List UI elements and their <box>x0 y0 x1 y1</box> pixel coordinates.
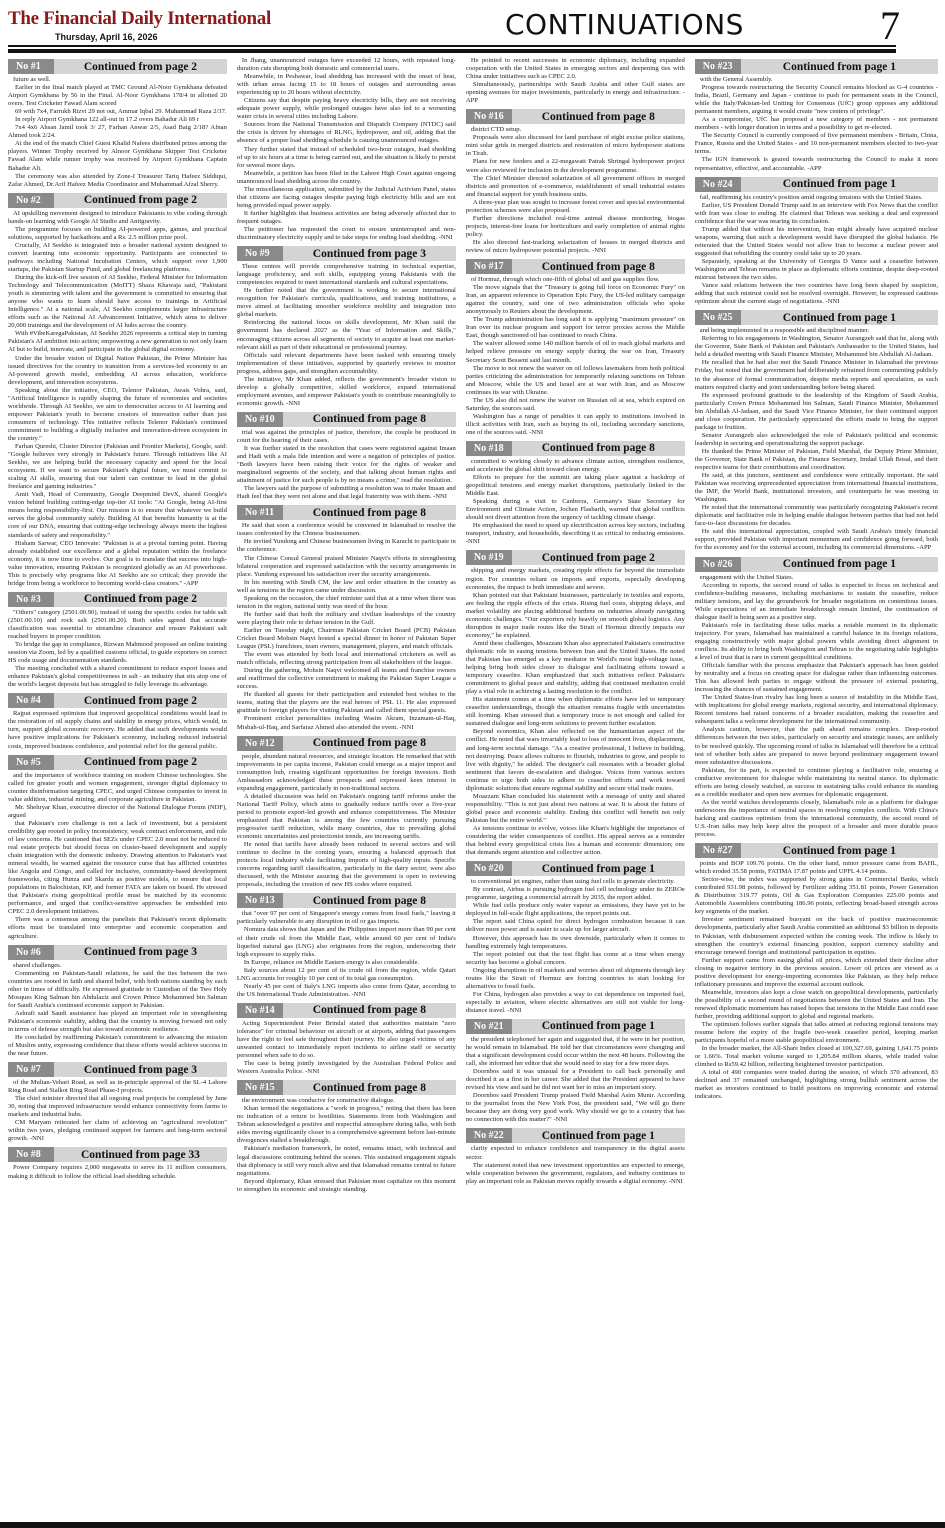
paragraph: To bridge the gap in compliance, Rizwan … <box>8 641 227 665</box>
paragraph: These centres will provide comprehensive… <box>237 263 456 287</box>
continued-from-label: Continued from page 1 <box>512 1130 685 1142</box>
continuation-number-badge: No #20 <box>466 861 512 876</box>
article: No #21Continued from page 1the president… <box>466 1019 685 1125</box>
article-body: In Jhang, unannounced outages have excee… <box>237 57 456 242</box>
article-body: trial was against the principles of just… <box>237 429 456 501</box>
paragraph: Khan pointed out that Pakistani business… <box>466 592 685 640</box>
article: No #7Continued from page 3of the Multan-… <box>8 1062 227 1143</box>
paragraph: Prominent cricket personalities includin… <box>237 715 456 731</box>
paragraph: Crucially, AI Seekho is integrated into … <box>8 242 227 274</box>
article-body: fail, reaffirming his country's position… <box>695 194 938 307</box>
continued-from-label: Continued from page 1 <box>512 1020 685 1032</box>
article: No #5Continued from page 2and the import… <box>8 755 227 941</box>
paragraph: Earlier in the final match played at TMC… <box>8 84 227 108</box>
continuation-number-badge: No #13 <box>237 893 283 908</box>
paragraph: Meanwhile, investors also kept a close w… <box>695 989 938 1021</box>
paragraph: In his meeting with Sindh CM, the law an… <box>237 579 456 595</box>
paragraph: Senator Aurangzeb also acknowledged the … <box>695 432 938 448</box>
header-rule-thin <box>8 45 896 47</box>
article: No #17Continued from page 8of Hormuz, th… <box>466 259 685 437</box>
continuation-number-badge: No #24 <box>695 177 741 192</box>
paragraph: It was further stated in the resolution … <box>237 445 456 485</box>
continuation-number-badge: No #16 <box>466 109 512 124</box>
paragraph: The ceremony was also attended by Zone-I… <box>8 173 227 189</box>
paragraph: The US also did not renew the waiver on … <box>466 397 685 413</box>
continuation-number-badge: No #15 <box>237 1080 283 1095</box>
article: No #18Continued from page 8committed to … <box>466 441 685 547</box>
paragraph: Speaking about the initiative, CEO, Tele… <box>8 387 227 443</box>
continued-from-label: Continued from page 1 <box>741 178 938 190</box>
article: No #1Continued from page 2future as well… <box>8 59 227 189</box>
column-4: No #23Continued from page 1with the Gene… <box>695 57 938 1519</box>
paragraph: Trump added that without his interventio… <box>695 226 938 258</box>
paragraph: In Europe, reliance on Middle Eastern en… <box>237 959 456 967</box>
paragraph: He thanked the Prime Minister of Pakista… <box>695 448 938 472</box>
paragraph: trial was against the principles of just… <box>237 429 456 445</box>
newspaper-brand: The Financial Daily International <box>8 8 271 30</box>
continuation-header: No #4Continued from page 2 <box>8 693 227 708</box>
article: No #26Continued from page 1engagement wi… <box>695 557 938 840</box>
paragraph: Doornbos said President Trump praised Fi… <box>466 1092 685 1124</box>
paragraph: The Chief Minister directed solarization… <box>466 175 685 199</box>
continuation-header: No #1Continued from page 2 <box>8 59 227 74</box>
paragraph: Meanwhile, in Peshawar, load shedding ha… <box>237 73 456 97</box>
continued-from-label: Continued from page 8 <box>283 737 456 749</box>
paragraph: Simultaneously, partnerships with Saudi … <box>466 81 685 105</box>
article: No #4Continued from page 2Rajput express… <box>8 693 227 750</box>
paragraph: Pakistan's mediation framework, he noted… <box>237 1145 456 1177</box>
paragraph: He said that soon a conference would be … <box>237 522 456 538</box>
continuation-header: No #5Continued from page 2 <box>8 755 227 770</box>
continuation-number-badge: No #4 <box>8 693 54 708</box>
paragraph: and the importance of workforce training… <box>8 772 227 804</box>
continuation-number-badge: No #10 <box>237 412 283 427</box>
continuation-header: No #20Continued from page 1 <box>466 861 685 876</box>
continuation-number-badge: No #22 <box>466 1128 512 1143</box>
paragraph: The lawyers said the purpose of submitti… <box>237 485 456 501</box>
paragraph: Under the broader vision of Digital Nati… <box>8 355 227 387</box>
article-body: people, abundant natural resources, and … <box>237 753 456 890</box>
continuation-header: No #7Continued from page 3 <box>8 1062 227 1077</box>
paragraph: Vance said relations between the two cou… <box>695 282 938 306</box>
paragraph: There was a consensus among the panelist… <box>8 916 227 940</box>
continuation-header: No #24Continued from page 1 <box>695 177 938 192</box>
article-body: engagement with the United States.Accord… <box>695 574 938 840</box>
article-body: shared challenges.Commenting on Pakistan… <box>8 962 227 1059</box>
article-body: of the Multan-Vehari Road, as well as in… <box>8 1079 227 1143</box>
continuation-header: No #14Continued from page 8 <box>237 1003 456 1018</box>
paragraph: While fuel cells produce only water vapo… <box>466 902 685 918</box>
paragraph: He pointed to recent successes in econom… <box>466 57 685 81</box>
article: No #20Continued from page 1to convention… <box>466 861 685 1015</box>
paragraph: The Chinese Consul General praised Minis… <box>237 555 456 579</box>
paragraph: His statement comes at a time when diplo… <box>466 696 685 728</box>
paragraph: A total of 490 companies were traded dur… <box>695 1069 938 1101</box>
paragraph: AI upskilling movement designed to intro… <box>8 210 227 226</box>
continuation-header: No #16Continued from page 8 <box>466 109 685 124</box>
paragraph: Italy sources about 12 per cent of its c… <box>237 967 456 983</box>
article-body: "Others" category (2501.00.90), instead … <box>8 609 227 689</box>
paragraph: "Others" category (2501.00.90), instead … <box>8 609 227 641</box>
column-3: He pointed to recent successes in econom… <box>466 57 685 1519</box>
paragraph: The United States-Iran rivalry has long … <box>695 694 938 726</box>
paragraph: He said this international appreciation,… <box>695 528 938 552</box>
paragraph: future as well. <box>8 76 227 84</box>
continued-from-label: Continued from page 2 <box>512 552 685 564</box>
article: No #23Continued from page 1with the Gene… <box>695 59 938 173</box>
article: No #2Continued from page 2AI upskilling … <box>8 193 227 588</box>
paragraph: that Pakistan's core challenge is not a … <box>8 820 227 917</box>
paragraph: to conventional jet engines, rather than… <box>466 878 685 886</box>
footer-rule <box>0 1522 945 1528</box>
article-body: that "over 97 per cent of Singapore's en… <box>237 910 456 999</box>
article-body: and the importance of workforce training… <box>8 772 227 941</box>
continued-from-label: Continued from page 2 <box>54 194 227 206</box>
paragraph: As a compromise, UfC has proposed a new … <box>695 116 938 132</box>
paragraph: Investor sentiment remained buoyant on t… <box>695 916 938 956</box>
paragraph: with the General Assembly. <box>695 76 938 84</box>
paragraph: It further highlights that business acti… <box>237 210 456 226</box>
paragraph: He noted that the international communit… <box>695 504 938 528</box>
article: No #27Continued from page 1points and BO… <box>695 843 938 1101</box>
article: No #16Continued from page 8district CTD … <box>466 109 685 255</box>
continuation-header: No #11Continued from page 8 <box>237 505 456 520</box>
paragraph: The meeting concluded with a shared comm… <box>8 665 227 689</box>
paragraph: Sector-wise, the index was supported by … <box>695 876 938 916</box>
paragraph: district CTD setup. <box>466 126 685 134</box>
continued-from-label: Continued from page 3 <box>54 1064 227 1076</box>
paragraph: They further stated that instead of sche… <box>237 146 456 170</box>
article-body: He pointed to recent successes in econom… <box>466 57 685 105</box>
article: No #12Continued from page 8people, abund… <box>237 736 456 890</box>
issue-date: Thursday, April 16, 2026 <box>55 32 158 42</box>
paragraph: Acting Superintendent Peter Brindal stat… <box>237 1020 456 1060</box>
paragraph: He thanked all guests for their particip… <box>237 691 456 715</box>
paragraph: Further support came from easing global … <box>695 957 938 989</box>
header-rule-thick <box>8 49 896 53</box>
continued-from-label: Continued from page 8 <box>283 895 456 907</box>
article: No #9Continued from page 3These centres … <box>237 246 456 408</box>
continuation-number-badge: No #14 <box>237 1003 283 1018</box>
paragraph: Plans for new feeders and a 22-megawatt … <box>466 158 685 174</box>
paragraph: Beyond diplomacy, Khan stressed that Pak… <box>237 1178 456 1194</box>
paragraph: The petitioner has requested the court t… <box>237 226 456 242</box>
page-number: 7 <box>880 2 900 49</box>
continued-from-label: Continued from page 2 <box>54 695 227 707</box>
continuation-number-badge: No #17 <box>466 259 512 274</box>
article: No #19Continued from page 2shipping and … <box>466 550 685 857</box>
article-columns: No #1Continued from page 2future as well… <box>8 57 938 1519</box>
paragraph: Speaking during a visit to Canberra, Ger… <box>466 498 685 522</box>
paragraph: The report pointed out that the test fli… <box>466 951 685 967</box>
paragraph: The initiative, Mr Khan added, reflects … <box>237 376 456 408</box>
continuation-number-badge: No #21 <box>466 1019 512 1034</box>
continued-from-label: Continued from page 1 <box>512 863 685 875</box>
paragraph: Nomura data shows that Japan and the Phi… <box>237 926 456 958</box>
paragraph: and being implemented in a responsible a… <box>695 327 938 335</box>
paragraph: Officials familiar with the process emph… <box>695 662 938 694</box>
paragraph: At the end of the match Chief Guest Khal… <box>8 140 227 172</box>
paragraph: Referring to his engagements in Washingt… <box>695 335 938 359</box>
article: No #13Continued from page 8that "over 97… <box>237 893 456 999</box>
paragraph: people, abundant natural resources, and … <box>237 753 456 793</box>
continued-from-label: Continued from page 1 <box>741 845 938 857</box>
paragraph: The programme focuses on building AI-pow… <box>8 226 227 242</box>
paragraph: of Hormuz, through which one-fifth of gl… <box>466 276 685 284</box>
continuation-header: No #17Continued from page 8 <box>466 259 685 274</box>
continued-from-label: Continued from page 8 <box>283 413 456 425</box>
article: No #3Continued from page 2"Others" categ… <box>8 592 227 689</box>
paragraph: The statement noted that new investment … <box>466 1162 685 1186</box>
continuation-header: No #6Continued from page 3 <box>8 945 227 960</box>
paragraph: Doornbos said it was unusual for a Presi… <box>466 1068 685 1092</box>
paragraph: clarity expected to enhance confidence a… <box>466 1145 685 1161</box>
paragraph: According to reports, the second round o… <box>695 582 938 622</box>
continued-from-label: Continued from page 1 <box>741 61 938 73</box>
continued-from-label: Continued from page 8 <box>283 507 456 519</box>
article-body: These centres will provide comprehensive… <box>237 263 456 408</box>
paragraph: The Security Council is currently compos… <box>695 132 938 156</box>
paragraph: Pakistan's role in facilitating these ta… <box>695 622 938 662</box>
article: He pointed to recent successes in econom… <box>466 57 685 105</box>
continued-from-label: Continued from page 2 <box>54 756 227 768</box>
continuation-number-badge: No #7 <box>8 1062 54 1077</box>
paragraph: The IGN framework is geared towards rest… <box>695 156 938 172</box>
paragraph: The event was attended by both local and… <box>237 651 456 667</box>
paragraph: Reinforcing the national focus on skills… <box>237 319 456 351</box>
paragraph: In Jhang, unannounced outages have excee… <box>237 57 456 73</box>
paragraph: A detailed discussion was held on Pakist… <box>237 793 456 841</box>
continuation-number-badge: No #25 <box>695 310 741 325</box>
paragraph: shipping and energy markets, creating ri… <box>466 567 685 591</box>
continued-from-label: Continued from page 2 <box>54 593 227 605</box>
paragraph: Commenting on Pakistan-Saudi relations, … <box>8 970 227 1010</box>
continuation-number-badge: No #27 <box>695 843 741 858</box>
section-title: CONTINUATIONS <box>505 8 744 41</box>
paragraph: The miscellaneous application, submitted… <box>237 186 456 210</box>
paragraph: With #VibeKaregaPakistan, AI Seekho 2026… <box>8 330 227 354</box>
continuation-header: No #22Continued from page 1 <box>466 1128 685 1143</box>
paragraph: fail, reaffirming his country's position… <box>695 194 938 202</box>
paragraph: Proposals were also discussed for land p… <box>466 134 685 158</box>
paragraph: By contrast, Airbus is pursuing hydrogen… <box>466 886 685 902</box>
article: No #8Continued from page 33Power Company… <box>8 1147 227 1180</box>
article: No #14Continued from page 8Acting Superi… <box>237 1003 456 1076</box>
article-body: the environment was conducive for constr… <box>237 1097 456 1194</box>
article: No #25Continued from page 1and being imp… <box>695 310 938 552</box>
paragraph: Hisham Sarwar, CEO Innovate: "Pakistan i… <box>8 540 227 588</box>
paragraph: Ashrafi said Saudi assistance has played… <box>8 1010 227 1034</box>
paragraph: During the gathering, Mohsin Naqvi welco… <box>237 667 456 691</box>
paragraph: 69 with 7x4, Farrukh Rizvi 29 not out, A… <box>8 108 227 116</box>
continued-from-label: Continued from page 3 <box>283 248 456 260</box>
article: No #10Continued from page 8trial was aga… <box>237 412 456 501</box>
continuation-header: No #18Continued from page 8 <box>466 441 685 456</box>
article-body: to conventional jet engines, rather than… <box>466 878 685 1015</box>
paragraph: The waiver allowed some 140 million barr… <box>466 340 685 364</box>
continuation-header: No #21Continued from page 1 <box>466 1019 685 1034</box>
paragraph: A three-year plan was sought to increase… <box>466 199 685 215</box>
article-body: points and BOP 109.76 points. On the oth… <box>695 860 938 1101</box>
continued-from-label: Continued from page 8 <box>283 1082 456 1094</box>
paragraph: shared challenges. <box>8 962 227 970</box>
continued-from-label: Continued from page 1 <box>741 312 938 324</box>
continuation-header: No #27Continued from page 1 <box>695 843 938 858</box>
paragraph: committed to working closely to advance … <box>466 458 685 474</box>
paragraph: Power Company requires 2,000 megawatts t… <box>8 1164 227 1180</box>
article-body: Acting Superintendent Peter Brindal stat… <box>237 1020 456 1076</box>
continued-from-label: Continued from page 8 <box>512 261 685 273</box>
continuation-number-badge: No #2 <box>8 193 54 208</box>
continuation-header: No #26Continued from page 1 <box>695 557 938 572</box>
paragraph: For China, hydrogen also provides a way … <box>466 991 685 1015</box>
article: No #11Continued from page 8He said that … <box>237 505 456 731</box>
column-2: In Jhang, unannounced outages have excee… <box>237 57 456 1519</box>
paragraph: 7x4 4x6 Ahsan Jamil took 3/ 27, Farhan A… <box>8 124 227 140</box>
article-body: and being implemented in a responsible a… <box>695 327 938 552</box>
paragraph: He concluded by reaffirming Pakistan's c… <box>8 1034 227 1058</box>
paragraph: The case is being jointly investigated b… <box>237 1060 456 1076</box>
continued-from-label: Continued from page 2 <box>54 61 227 73</box>
paragraph: Ongoing disruptions in oil markets and w… <box>466 967 685 991</box>
continuation-number-badge: No #23 <box>695 59 741 74</box>
paragraph: The report said China opted for direct h… <box>466 918 685 934</box>
column-1: No #1Continued from page 2future as well… <box>8 57 227 1519</box>
article: No #6Continued from page 3shared challen… <box>8 945 227 1059</box>
paragraph: The move to not renew the waiver on oil … <box>466 365 685 397</box>
continuation-number-badge: No #19 <box>466 550 512 565</box>
paragraph: The Trump administration has long said i… <box>466 316 685 340</box>
paragraph: The chief minister directed that all ong… <box>8 1095 227 1119</box>
continuation-number-badge: No #3 <box>8 592 54 607</box>
paragraph: In the broader market, the All-Share Ind… <box>695 1045 938 1069</box>
paragraph: Efforts to prepare for the summit are ta… <box>466 474 685 498</box>
continued-from-label: Continued from page 8 <box>512 111 685 123</box>
continued-from-label: Continued from page 8 <box>283 1004 456 1016</box>
paragraph: During the kick-off live session of AI S… <box>8 274 227 330</box>
continuation-header: No #8Continued from page 33 <box>8 1147 227 1162</box>
continuation-number-badge: No #11 <box>237 505 283 520</box>
paragraph: Washington has a range of penalties it c… <box>466 413 685 437</box>
continuation-header: No #13Continued from page 8 <box>237 893 456 908</box>
paragraph: Farhan Qureshi, Cluster Director (Pakist… <box>8 443 227 491</box>
continuation-number-badge: No #6 <box>8 945 54 960</box>
paragraph: Further directions included real-time an… <box>466 215 685 239</box>
paragraph: Sources from the National Transmission a… <box>237 121 456 145</box>
paragraph: Separately, speaking at the University o… <box>695 258 938 282</box>
article-body: committed to working closely to advance … <box>466 458 685 547</box>
continuation-header: No #12Continued from page 8 <box>237 736 456 751</box>
article-body: clarity expected to enhance confidence a… <box>466 1145 685 1185</box>
paragraph: He further said that both the military a… <box>237 611 456 627</box>
article-body: of Hormuz, through which one-fifth of gl… <box>466 276 685 437</box>
paragraph: Citizens say that despite paying heavy e… <box>237 97 456 121</box>
paragraph: In reply Airport Gymkhana 122 all-out in… <box>8 116 227 124</box>
continued-from-label: Continued from page 8 <box>512 442 685 454</box>
paragraph: As tensions continue to evolve, voices l… <box>466 825 685 857</box>
paragraph: Meanwhile, a petition has been filed in … <box>237 170 456 186</box>
paragraph: that "over 97 per cent of Singapore's en… <box>237 910 456 926</box>
article-body: AI upskilling movement designed to intro… <box>8 210 227 588</box>
paragraph: Beyond economics, Khan also reflected on… <box>466 728 685 792</box>
paragraph: He invited Yundong and Chinese businessm… <box>237 538 456 554</box>
paragraph: Rajput expressed optimism that improved … <box>8 710 227 750</box>
article: No #15Continued from page 8the environme… <box>237 1080 456 1194</box>
paragraph: Nearly 45 per cent of Italy's LNG import… <box>237 983 456 999</box>
paragraph: As the world watches developments closel… <box>695 799 938 839</box>
continuation-header: No #10Continued from page 8 <box>237 412 456 427</box>
paragraph: However, this approach has its own downs… <box>466 935 685 951</box>
paragraph: He expressed profound gratitude to the l… <box>695 392 938 432</box>
paragraph: Earlier, US President Donald Trump said … <box>695 202 938 226</box>
paragraph: Amid these challenges, Moazzam Khan also… <box>466 640 685 696</box>
paragraph: engagement with the United States. <box>695 574 938 582</box>
article-body: He said that soon a conference would be … <box>237 522 456 731</box>
paragraph: The optimism follows earlier signals tha… <box>695 1021 938 1045</box>
continued-from-label: Continued from page 33 <box>54 1149 227 1161</box>
paragraph: Mr. Shehryar Khan, executive director of… <box>8 804 227 820</box>
article-body: future as well.Earlier in the final matc… <box>8 76 227 189</box>
continuation-number-badge: No #18 <box>466 441 512 456</box>
paragraph: the environment was conducive for constr… <box>237 1097 456 1105</box>
continuation-number-badge: No #1 <box>8 59 54 74</box>
paragraph: He further noted that the government is … <box>237 287 456 319</box>
continuation-header: No #2Continued from page 2 <box>8 193 227 208</box>
continuation-number-badge: No #8 <box>8 1147 54 1162</box>
article-body: Power Company requires 2,000 megawatts t… <box>8 1164 227 1180</box>
paragraph: points and BOP 109.76 points. On the oth… <box>695 860 938 876</box>
masthead: The Financial Daily International Thursd… <box>0 0 945 46</box>
paragraph: Analysts caution, however, that the path… <box>695 726 938 766</box>
paragraph: He said, at this juncture, sentiment and… <box>695 472 938 504</box>
article: No #24Continued from page 1fail, reaffir… <box>695 177 938 307</box>
continued-from-label: Continued from page 3 <box>54 946 227 958</box>
continuation-header: No #9Continued from page 3 <box>237 246 456 261</box>
paragraph: Officials said relevant departments have… <box>237 352 456 376</box>
paragraph: He also directed fast-tracking solarizat… <box>466 239 685 255</box>
paragraph: Pakistan, for its part, is expected to c… <box>695 767 938 799</box>
article-body: shipping and energy markets, creating ri… <box>466 567 685 857</box>
article: No #22Continued from page 1clarity expec… <box>466 1128 685 1185</box>
paragraph: of the Multan-Vehari Road, as well as in… <box>8 1079 227 1095</box>
continuation-header: No #3Continued from page 2 <box>8 592 227 607</box>
continued-from-label: Continued from page 1 <box>741 558 938 570</box>
paragraph: CM Maryam reiterated her claim of achiev… <box>8 1119 227 1143</box>
paragraph: Progress towards restructuring the Secur… <box>695 84 938 116</box>
paragraph: Earlier on Tuesday night, Chairman Pakis… <box>237 627 456 651</box>
paragraph: Amit Vadi, Head of Community, Google Dee… <box>8 491 227 539</box>
article: In Jhang, unannounced outages have excee… <box>237 57 456 242</box>
article-body: with the General Assembly.Progress towar… <box>695 76 938 173</box>
article-body: the president telephoned her again and s… <box>466 1036 685 1125</box>
paragraph: He noted that tariffs have already been … <box>237 841 456 889</box>
continuation-header: No #25Continued from page 1 <box>695 310 938 325</box>
continuation-number-badge: No #12 <box>237 736 283 751</box>
article-body: district CTD setup.Proposals were also d… <box>466 126 685 255</box>
paragraph: Moazzam Khan concluded his statement wit… <box>466 793 685 825</box>
continuation-header: No #19Continued from page 2 <box>466 550 685 565</box>
continuation-number-badge: No #26 <box>695 557 741 572</box>
paragraph: He recalled that he had also met the Sau… <box>695 359 938 391</box>
paragraph: the president telephoned her again and s… <box>466 1036 685 1068</box>
continuation-header: No #15Continued from page 8 <box>237 1080 456 1095</box>
continuation-header: No #23Continued from page 1 <box>695 59 938 74</box>
continuation-number-badge: No #5 <box>8 755 54 770</box>
article-body: Rajput expressed optimism that improved … <box>8 710 227 750</box>
paragraph: He emphasised the need to speed up elect… <box>466 522 685 546</box>
continuation-number-badge: No #9 <box>237 246 283 261</box>
paragraph: Speaking on the occasion, the chief mini… <box>237 595 456 611</box>
